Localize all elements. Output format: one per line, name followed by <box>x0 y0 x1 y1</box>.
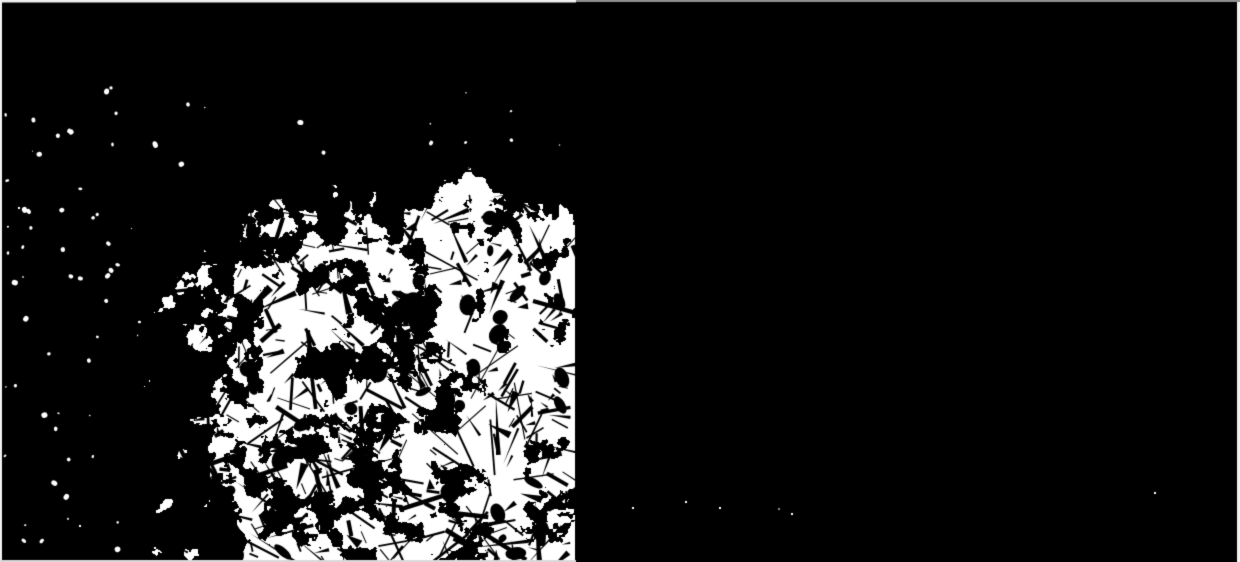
screenshot-root <box>0 0 1240 562</box>
micrograph-canvas <box>0 0 1240 562</box>
